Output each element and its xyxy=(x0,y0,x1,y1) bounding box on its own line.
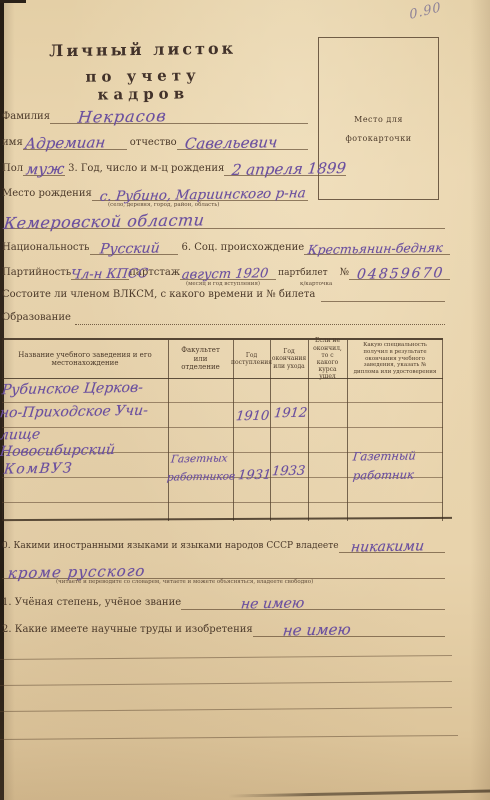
photo-label-line2: фотокарточки xyxy=(345,134,411,143)
party-value: Чл-н КПСС xyxy=(70,266,148,282)
paper-bottom-crease xyxy=(228,789,490,797)
photo-label-line1: Место для xyxy=(354,115,403,124)
birthplace-underline: с. Рубино, Мариинского р-на xyxy=(92,181,308,201)
languages-value: никакими xyxy=(350,538,425,555)
field-row-works: 2. Какие имеете научные труды и изобрете… xyxy=(2,617,445,637)
party-label: Партийность xyxy=(2,267,71,280)
field-row-languages: 0. Какими иностранными языками и языками… xyxy=(2,531,445,553)
sex-underline: муж xyxy=(23,156,65,176)
party-underline: Чл-н КПСС xyxy=(71,260,129,280)
header-institution: Название учебного заведения и его местон… xyxy=(2,340,168,378)
table-rule-line xyxy=(2,427,443,428)
field-row-nationality-social: Национальность Русский 6. Соц. происхожд… xyxy=(2,235,450,255)
field-row-birthplace: Место рождения с. Рубино, Мариинского р-… xyxy=(2,181,308,201)
party-ticket-label: партбилет xyxy=(278,268,328,280)
field-row-party: Партийность Чл-н КПСС партстаж август 19… xyxy=(2,260,450,280)
entry-school1-name-line3: лище xyxy=(0,427,41,444)
languages2-underline: кроме русского xyxy=(2,559,445,579)
entry-school2-name-line1: Новосибирский xyxy=(0,442,116,460)
form-title-line2: по учету кадров xyxy=(38,66,248,105)
field-row-education: Образование xyxy=(2,307,445,325)
birthplace-value-2: Кемеровской области xyxy=(3,210,206,232)
education-table: Название учебного заведения и его местон… xyxy=(2,338,443,522)
languages-label: 0. Какими иностранными языками и языками… xyxy=(2,541,339,553)
education-dotted-line xyxy=(75,324,445,325)
education-label: Образование xyxy=(2,312,71,325)
sex-value: муж xyxy=(25,160,65,179)
field-row-languages-2: кроме русского xyxy=(2,557,445,579)
works-value: не имею xyxy=(282,620,352,639)
table-vline xyxy=(442,340,443,521)
birthplace-label: Место рождения xyxy=(2,188,92,201)
works-underline: не имею xyxy=(253,617,445,637)
name-label: имя xyxy=(2,137,23,150)
vlksm-label: Состоите ли членом ВЛКСМ, с какого време… xyxy=(2,289,315,302)
entry-school1-year-start: 1910 xyxy=(235,409,270,425)
blank-ruled-line xyxy=(0,681,452,686)
surname-value: Некрасов xyxy=(77,106,168,127)
field-row-degree: 1. Учёная степень, учёное звание не имею xyxy=(2,590,445,610)
entry-school2-speciality-line1: Газетный xyxy=(352,448,416,463)
entry-school2-faculty-line2: работников xyxy=(166,470,235,483)
party-stazh-underline: август 1920 xyxy=(180,260,276,280)
entry-school1-name-line1: Рубинское Церков- xyxy=(1,380,144,398)
table-rule-line xyxy=(2,402,443,403)
header-speciality: Какую специальность получил в результате… xyxy=(347,340,443,378)
languages-underline: никакими xyxy=(339,533,445,553)
birthdate-value: 2 апреля 1899 xyxy=(231,159,347,179)
field-row-vlksm: Состоите ли членом ВЛКСМ, с какого време… xyxy=(2,284,445,302)
birthplace2-underline: Кемеровской области xyxy=(2,209,445,229)
languages-caption: (читаете и переводите со словарем, читае… xyxy=(56,579,313,585)
field-row-name-patronymic: имя Адремиан отчество Савельевич xyxy=(2,130,308,150)
degree-label: 1. Учёная степень, учёное звание xyxy=(2,597,181,610)
photo-placeholder-label: Место для фотокарточки xyxy=(319,110,438,148)
birthdate-underline: 2 апреля 1899 xyxy=(224,156,346,176)
field-row-sex-birthdate: Пол муж 3. Год, число и м-ц рождения 2 а… xyxy=(2,156,312,176)
scanned-personnel-form: 0.90 Личный листок по учету кадров Место… xyxy=(0,0,490,800)
patronymic-value: Савельевич xyxy=(184,133,278,153)
nationality-label: Национальность xyxy=(2,242,90,255)
party-number-label: № xyxy=(340,267,349,280)
surname-underline: Некрасов xyxy=(50,104,308,124)
degree-value: не имею xyxy=(240,595,305,612)
entry-school2-speciality-line2: работник xyxy=(352,467,415,482)
form-title: Личный листок по учету кадров xyxy=(38,39,249,105)
blank-ruled-line xyxy=(0,735,458,740)
degree-underline: не имею xyxy=(181,590,445,610)
pencil-annotation: 0.90 xyxy=(409,0,443,23)
nationality-underline: Русский xyxy=(90,235,178,255)
birthplace-caption: (село, деревня, город, район, область) xyxy=(108,202,219,208)
patronymic-underline: Савельевич xyxy=(177,130,308,150)
party-number-value: 04859670 xyxy=(356,265,445,283)
party-number-underline: 04859670 xyxy=(349,260,450,280)
patronymic-label: отчество xyxy=(130,137,177,150)
blank-ruled-line xyxy=(0,707,452,712)
header-if-not-finished: Если не окончил, то с какого курса ушел xyxy=(308,340,347,378)
entry-school2-year-start: 1931 xyxy=(237,468,272,484)
name-underline: Адремиан xyxy=(23,130,127,150)
works-label: 2. Какие имеете научные труды и изобрете… xyxy=(2,624,253,637)
entry-school1-year-end: 1912 xyxy=(273,406,308,422)
table-vline xyxy=(270,340,271,521)
birthdate-label: 3. Год, число и м-ц рождения xyxy=(68,163,224,176)
nationality-value: Русский xyxy=(99,240,160,257)
header-faculty: Факультет или отделение xyxy=(168,340,233,378)
header-year-start: Год поступления xyxy=(233,340,270,378)
table-vline xyxy=(347,340,348,521)
table-rule-line xyxy=(2,502,443,503)
header-year-end: Год окончания или ухода xyxy=(270,340,308,378)
table-vline xyxy=(168,340,169,521)
social-origin-label: 6. Соц. происхождение xyxy=(182,242,305,255)
blank-ruled-line xyxy=(0,655,452,660)
vlksm-underline xyxy=(321,301,445,302)
name-value: Адремиан xyxy=(24,133,106,152)
form-title-line1: Личный листок xyxy=(38,39,248,61)
social-origin-value: Крестьянин-бедняк xyxy=(307,240,444,257)
field-row-surname: Фамилия Некрасов xyxy=(2,104,308,124)
entry-school2-year-end: 1933 xyxy=(271,464,306,480)
scan-edge-top xyxy=(0,0,26,3)
field-row-birthplace-2: Кемеровской области xyxy=(2,209,445,229)
table-vline xyxy=(233,340,234,521)
education-table-header: Название учебного заведения и его местон… xyxy=(2,340,443,379)
entry-school2-faculty-line1: Газетных xyxy=(170,453,228,466)
sex-label: Пол xyxy=(2,163,23,176)
surname-label: Фамилия xyxy=(2,111,50,124)
social-origin-underline: Крестьянин-бедняк xyxy=(304,235,450,255)
entry-school2-name-line2: КомВУЗ xyxy=(3,460,74,477)
table-vline xyxy=(308,340,309,521)
entry-school1-name-line2: но-Приходское Учи- xyxy=(0,403,149,422)
